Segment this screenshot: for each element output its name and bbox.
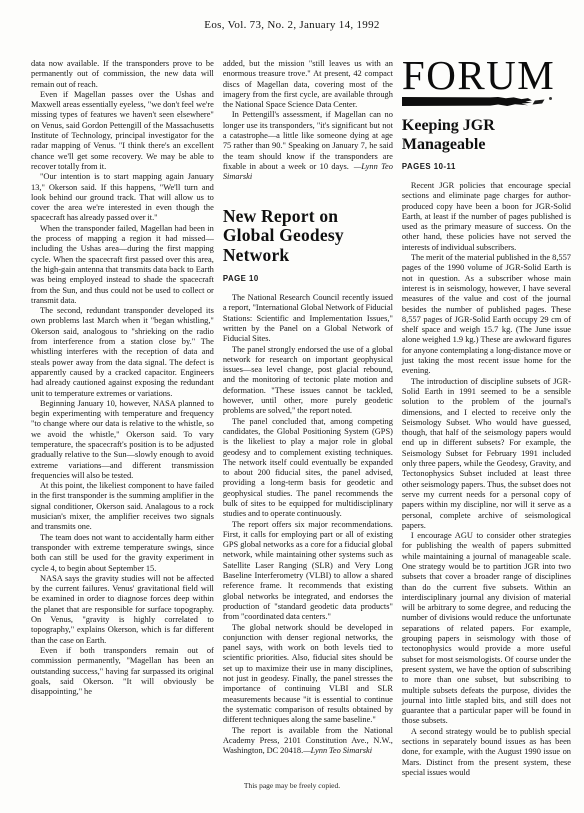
journal-issue-line: Eos, Vol. 73, No. 2, January 14, 1992	[0, 19, 584, 31]
paragraph: A second strategy would be to publish sp…	[402, 727, 571, 778]
masthead-rule-area	[402, 97, 571, 107]
paragraph: The National Research Council recently i…	[223, 293, 393, 344]
paragraph: The panel concluded that, among competin…	[223, 417, 393, 520]
paragraph: I encourage AGU to consider other strate…	[402, 531, 571, 727]
paragraph: Beginning January 10, however, NASA plan…	[31, 399, 214, 481]
paragraph: In Pettengill's assessment, if Magellan …	[223, 110, 393, 182]
column-left: data now available. If the transponders …	[31, 59, 214, 778]
paragraph: Even if both transponders remain out of …	[31, 646, 214, 697]
paragraph: The team does not want to accidentally h…	[31, 533, 214, 574]
forum-section-masthead: FORUM	[402, 55, 571, 95]
article-headline-jgr: Keeping JGR Manageable	[402, 117, 571, 154]
paragraph: data now available. If the transponders …	[31, 59, 214, 90]
page-reference-kicker: PAGES 10-11	[402, 162, 571, 171]
ink-speck	[532, 100, 544, 105]
page-reference-kicker: PAGE 10	[223, 274, 393, 283]
article-headline-geodesy: New Report on Global Geodesy Network	[223, 207, 393, 266]
scanned-newspaper-page: Eos, Vol. 73, No. 2, January 14, 1992 da…	[0, 0, 584, 813]
paragraph: The panel strongly endorsed the use of a…	[223, 345, 393, 417]
paragraph: The report offers six major recommendati…	[223, 520, 393, 623]
column-middle: added, but the mission "still leaves us …	[223, 59, 393, 778]
author-byline: —Lynn Teo Simarski	[303, 746, 372, 755]
paragraph: The global network should be developed i…	[223, 623, 393, 726]
ink-speck	[549, 97, 552, 100]
paragraph: NASA says the gravity studies will not b…	[31, 574, 214, 646]
column-right: FORUM Keeping JGR Manageable PAGES 10-11…	[402, 59, 571, 778]
column-container: data now available. If the transponders …	[31, 59, 571, 778]
paragraph: The merit of the material published in t…	[402, 253, 571, 377]
paragraph: added, but the mission "still leaves us …	[223, 59, 393, 110]
paragraph: The introduction of discipline subsets o…	[402, 377, 571, 531]
paragraph: Even if Magellan passes over the Ushas a…	[31, 90, 214, 172]
paragraph: At this point, the likeliest component t…	[31, 481, 214, 532]
masthead-brush-rule	[402, 97, 532, 106]
paragraph: The second, redundant transponder develo…	[31, 306, 214, 399]
copy-permission-notice: This page may be freely copied.	[0, 781, 584, 790]
paragraph: Recent JGR policies that encourage speci…	[402, 181, 571, 253]
paragraph: The report is available from the Nationa…	[223, 726, 393, 757]
paragraph: When the transponder failed, Magellan ha…	[31, 224, 214, 306]
paragraph: "Our intention is to start mapping again…	[31, 172, 214, 223]
